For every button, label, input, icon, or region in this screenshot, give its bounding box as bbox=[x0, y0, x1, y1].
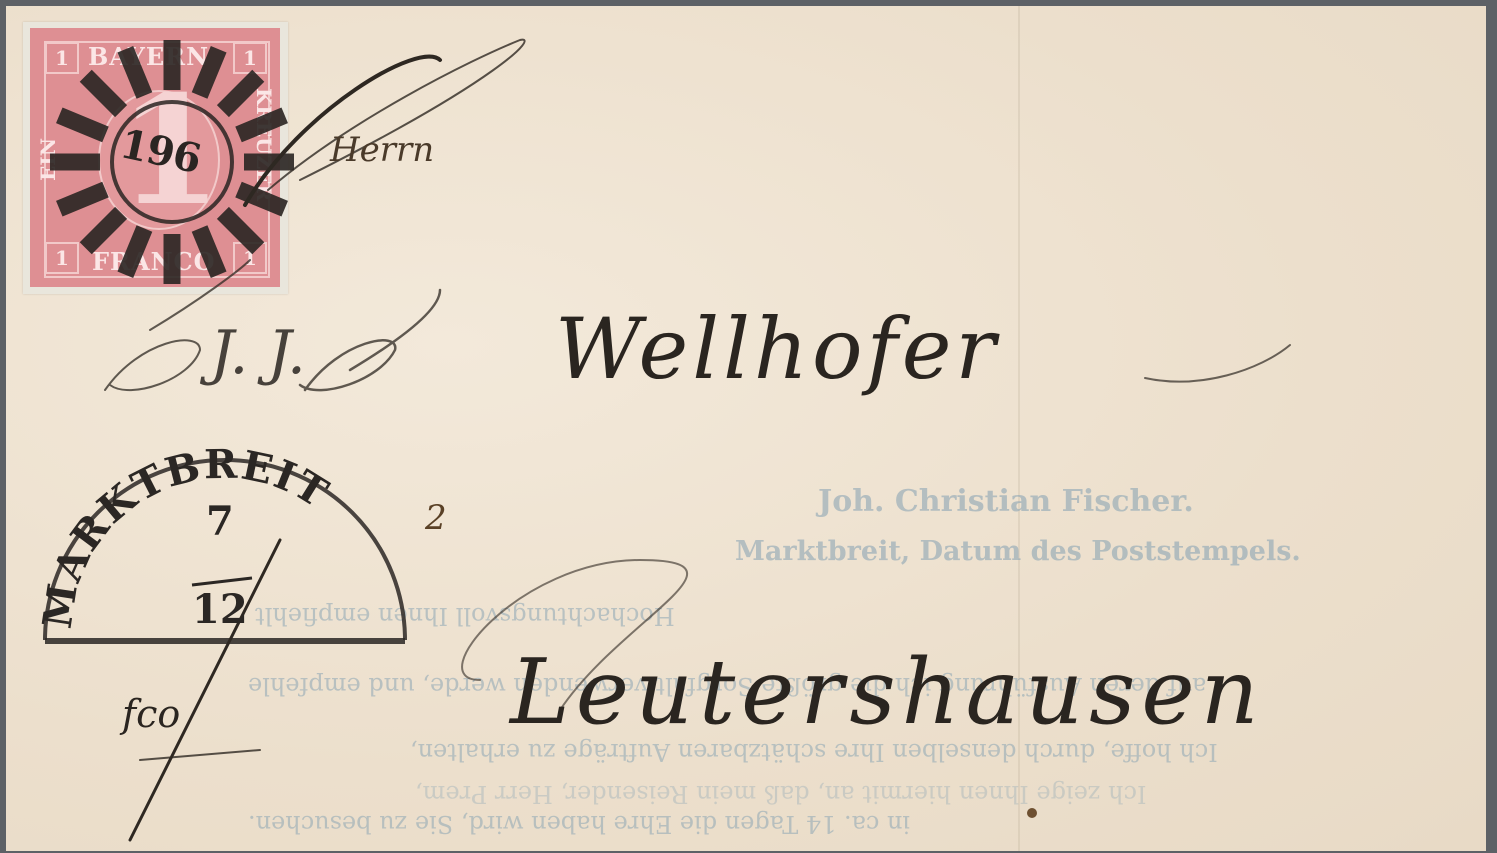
svg-text:MARKTBREIT: MARKTBREIT bbox=[34, 441, 338, 632]
postmark-month: 12 bbox=[192, 586, 248, 633]
rate-mark: 2 bbox=[425, 498, 447, 538]
salutation: Herrn bbox=[330, 130, 434, 170]
postmark-day: 7 bbox=[206, 498, 234, 545]
recipient-name: Wellhofer bbox=[555, 300, 1000, 398]
postmark-town: MARKTBREIT bbox=[34, 441, 338, 632]
recipient-initials: J. J. bbox=[210, 318, 306, 388]
destination: Leutershausen bbox=[510, 640, 1265, 745]
franco-note: fco bbox=[122, 692, 180, 736]
